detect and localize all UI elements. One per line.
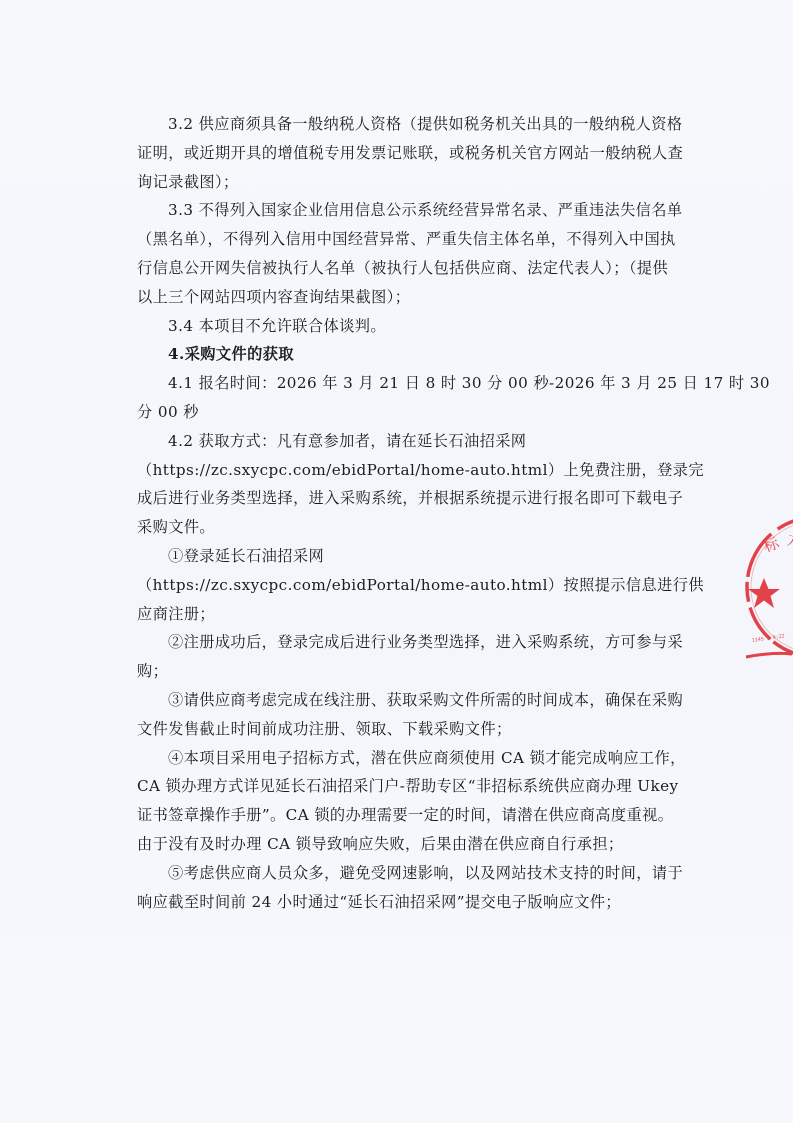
step-4-line-4: 由于没有及时办理 CA 锁导致响应失败，后果由潜在供应商自行承担； xyxy=(137,830,670,859)
step-5-line-1: ⑤考虑供应商人员众多，避免受网速影响，以及网站技术支持的时间，请于 xyxy=(137,859,670,888)
section-heading-4: 4.采购文件的获取 xyxy=(137,340,670,369)
step-1-line-3: 应商注册； xyxy=(137,600,670,629)
step-4-line-1: ④本项目采用电子招标方式，潜在供应商须使用 CA 锁才能完成响应工作， xyxy=(137,744,670,773)
paragraph-3-2-line-2: 证明，或近期开具的增值税专用发票记账联，或税务机关官方网站一般纳税人查 xyxy=(137,139,670,168)
star-icon xyxy=(748,578,780,608)
paragraph-3-2-line-1: 3.2 供应商须具备一般纳税人资格（提供如税务机关出具的一般纳税人资格 xyxy=(137,110,670,139)
step-3-line-2: 文件发售截止时间前成功注册、领取、下载采购文件； xyxy=(137,715,670,744)
document-body: 3.2 供应商须具备一般纳税人资格（提供如税务机关出具的一般纳税人资格 证明，或… xyxy=(137,110,670,916)
step-5-line-2: 响应截至时间前 24 小时通过“延长石油招采网”提交电子版响应文件； xyxy=(137,888,670,917)
paragraph-3-3-line-2: （黑名单），不得列入信用中国经营异常、严重失信主体名单，不得列入中国执 xyxy=(137,225,670,254)
paragraph-3-2-line-3: 询记录截图）； xyxy=(137,168,670,197)
paragraph-4-2-line-3: 成后进行业务类型选择，进入采购系统，并根据系统提示进行报名即可下载电子 xyxy=(137,484,670,513)
seal-icon: 标 方 1145 1 9:22 xyxy=(742,512,793,662)
svg-text:标: 标 xyxy=(761,533,782,555)
step-2-line-2: 购； xyxy=(137,657,670,686)
paragraph-3-3-line-1: 3.3 不得列入国家企业信用信息公示系统经营异常名录、严重违法失信名单 xyxy=(137,196,670,225)
document-page: 3.2 供应商须具备一般纳税人资格（提供如税务机关出具的一般纳税人资格 证明，或… xyxy=(0,0,793,1123)
official-seal-stamp: 标 方 1145 1 9:22 xyxy=(742,512,793,662)
svg-text:方: 方 xyxy=(785,530,793,551)
step-1-line-2: （https://zc.sxycpc.com/ebidPortal/home-a… xyxy=(137,571,670,600)
paragraph-4-2-line-1: 4.2 获取方式：凡有意参加者，请在延长石油招采网 xyxy=(137,427,670,456)
paragraph-4-2-line-4: 采购文件。 xyxy=(137,513,670,542)
step-3-line-1: ③请供应商考虑完成在线注册、获取采购文件所需的时间成本，确保在采购 xyxy=(137,686,670,715)
paragraph-4-2-line-2: （https://zc.sxycpc.com/ebidPortal/home-a… xyxy=(137,456,670,485)
step-2-line-1: ②注册成功后，登录完成后进行业务类型选择，进入采购系统，方可参与采 xyxy=(137,628,670,657)
step-1-line-1: ①登录延长石油招采网 xyxy=(137,542,670,571)
paragraph-4-1-line-2: 分 00 秒 xyxy=(137,398,670,427)
svg-text:1145 1 9:22: 1145 1 9:22 xyxy=(751,633,785,644)
paragraph-3-3-line-3: 行信息公开网失信被执行人名单（被执行人包括供应商、法定代表人）；（提供 xyxy=(137,254,670,283)
paragraph-4-1-line-1: 4.1 报名时间：2026 年 3 月 21 日 8 时 30 分 00 秒-2… xyxy=(137,369,670,398)
step-4-line-2: CA 锁办理方式详见延长石油招采门户-帮助专区“非招标系统供应商办理 Ukey xyxy=(137,772,670,801)
step-4-line-3: 证书签章操作手册”。CA 锁的办理需要一定的时间，请潜在供应商高度重视。 xyxy=(137,801,670,830)
paragraph-3-4: 3.4 本项目不允许联合体谈判。 xyxy=(137,312,670,341)
paragraph-3-3-line-4: 以上三个网站四项内容查询结果截图）； xyxy=(137,283,670,312)
